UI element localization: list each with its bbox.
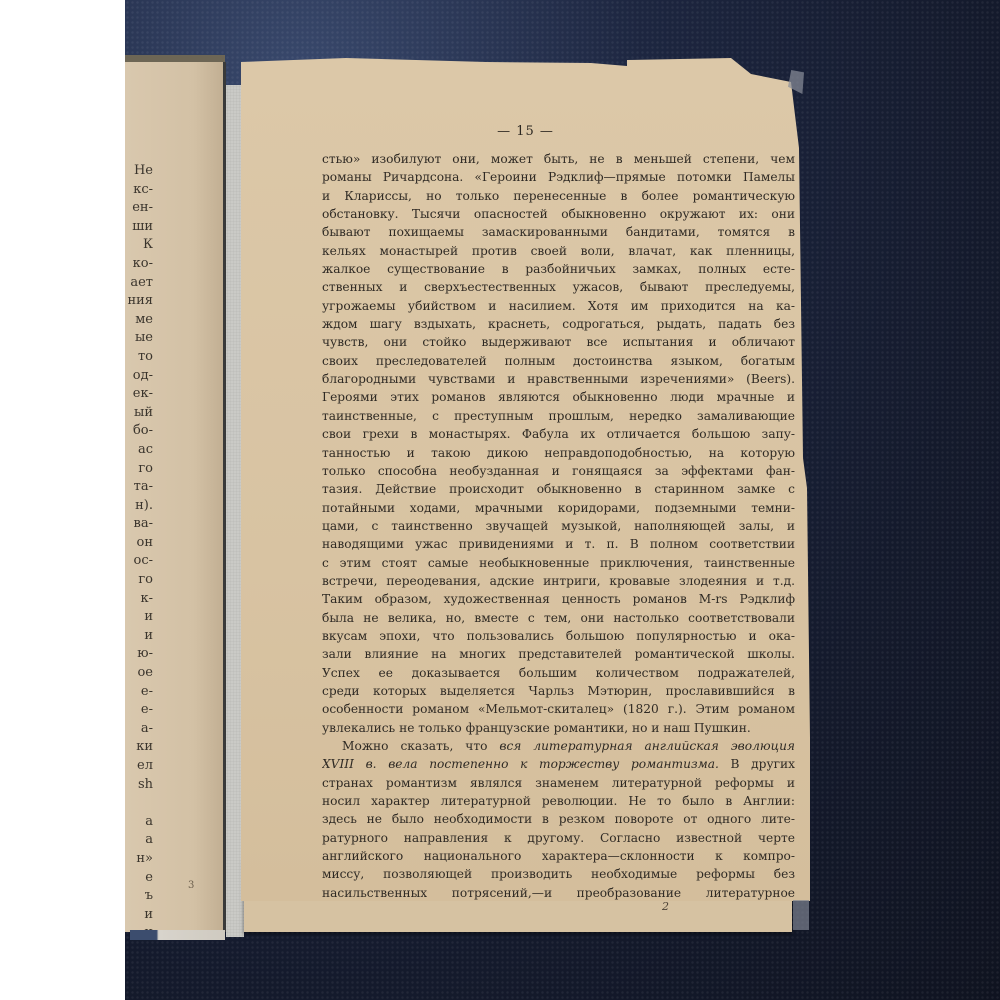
left-page-line-fragment: ас bbox=[125, 441, 153, 460]
text-line: благородными чувствами и нравственными и… bbox=[322, 370, 795, 388]
text-line: таинственные, с преступным прошлым, нере… bbox=[322, 407, 795, 425]
text-line: романы Ричардсона. «Героини Рэдклиф—прям… bbox=[322, 168, 795, 186]
text-line: кельях монастырей против своей воли, вла… bbox=[322, 242, 795, 260]
text-line: XVIII в. вела постепенно к торжеству ром… bbox=[322, 755, 795, 773]
text-line: наводящими ужас привидениями и т. п. В п… bbox=[322, 535, 795, 553]
text-line: насильственных потрясений,—и преобразова… bbox=[322, 884, 795, 902]
left-page-line-fragment: а bbox=[125, 813, 153, 832]
text-line: особенности романом «Мельмот-скиталец» (… bbox=[322, 700, 795, 718]
left-page-line-fragment: е- bbox=[125, 701, 153, 720]
left-page-line-fragment: од- bbox=[125, 367, 153, 386]
signature-mark: 2 bbox=[662, 900, 669, 913]
text-line: зали влияние на многих представителей ро… bbox=[322, 645, 795, 663]
left-page-line-fragment: ю- bbox=[125, 645, 153, 664]
text-line: носил характер литературной революции. Н… bbox=[322, 792, 795, 810]
binding-fray bbox=[793, 900, 809, 930]
text-line: угрожаемы убийством и насилием. Хотя им … bbox=[322, 297, 795, 315]
left-page-line-fragment: ко- bbox=[125, 255, 153, 274]
text-line: Таким образом, художественная ценность р… bbox=[322, 590, 795, 608]
text-line: ждом шагу вздыхать, краснеть, содрогатьс… bbox=[322, 315, 795, 333]
text-line: танностью и такою дикою неправдоподобнос… bbox=[322, 444, 795, 462]
left-page-text-fragments: Некс-ен-шиКко-аетниямеыетоод-ек-ыйбо-асг… bbox=[125, 162, 153, 932]
left-page-line-fragment: а- bbox=[125, 720, 153, 739]
text-line: с этим стоят самые необыкновенные приклю… bbox=[322, 554, 795, 572]
text-run: Можно сказать, что bbox=[342, 739, 499, 753]
left-page-line-fragment: е- bbox=[125, 683, 153, 702]
left-page-line-fragment bbox=[125, 794, 153, 813]
left-page-line-fragment: и bbox=[125, 627, 153, 646]
left-page-line-fragment: та- bbox=[125, 478, 153, 497]
left-page-signature-mark: 3 bbox=[188, 880, 194, 891]
text-line: только способна необузданная и гонящаяся… bbox=[322, 462, 795, 480]
text-line: английского национального характера—скло… bbox=[322, 847, 795, 865]
left-page-line-fragment: бо- bbox=[125, 422, 153, 441]
left-page-line-fragment: ое bbox=[125, 664, 153, 683]
left-page-line-fragment: ает bbox=[125, 274, 153, 293]
left-page-line-fragment: Не bbox=[125, 162, 153, 181]
text-line: странах романтизм являлся знаменем литер… bbox=[322, 774, 795, 792]
text-line: бывают похищаемы замаскированными бандит… bbox=[322, 223, 795, 241]
left-page-line-fragment: ен- bbox=[125, 199, 153, 218]
left-page-line-fragment: кс- bbox=[125, 181, 153, 200]
text-line: Героями этих романов являются обыкновенн… bbox=[322, 388, 795, 406]
emphasized-text: XVIII в. вела постепенно к торжеству ром… bbox=[322, 757, 719, 771]
left-page-line-fragment: ый bbox=[125, 404, 153, 423]
text-line: миссу, позволяющей производить необходим… bbox=[322, 865, 795, 883]
text-line: и Клариссы, но только перенесенные в бол… bbox=[322, 187, 795, 205]
left-page-line-fragment: ые bbox=[125, 329, 153, 348]
left-page-line-fragment: н). bbox=[125, 497, 153, 516]
text-line: вкусам эпохи, что пользовались большою п… bbox=[322, 627, 795, 645]
left-page: Некс-ен-шиКко-аетниямеыетоод-ек-ыйбо-асг… bbox=[125, 62, 226, 932]
left-page-line-fragment: sh bbox=[125, 776, 153, 795]
text-line: цами, с таинственно звучащей музыкой, на… bbox=[322, 517, 795, 535]
left-page-line-fragment: ме bbox=[125, 311, 153, 330]
right-page: — 15 — стью» изобилуют они, может быть, … bbox=[241, 58, 810, 901]
body-text: стью» изобилуют они, может быть, не в ме… bbox=[322, 150, 795, 975]
text-run: В других bbox=[719, 757, 795, 771]
text-line: встречи, переодевания, адские интриги, к… bbox=[322, 572, 795, 590]
text-line: чувств, они стойко выдерживают все испыт… bbox=[322, 333, 795, 351]
text-line: стью» изобилуют они, может быть, не в ме… bbox=[322, 150, 795, 168]
text-line: увлекались не только французские романти… bbox=[322, 719, 795, 737]
left-page-line-fragment: К bbox=[125, 236, 153, 255]
text-line: Успех ее доказывается большим количество… bbox=[322, 664, 795, 682]
text-line: своих преследователей полным достоинства… bbox=[322, 352, 795, 370]
text-line: была не велика, но, вместе с тем, они на… bbox=[322, 609, 795, 627]
text-line: здесь не было необходимости в резком пов… bbox=[322, 810, 795, 828]
text-line: потайными ходами, мрачными коридорами, п… bbox=[322, 499, 795, 517]
left-page-line-fragment: ва- bbox=[125, 515, 153, 534]
left-page-line-fragment: н» bbox=[125, 850, 153, 869]
left-page-line-fragment: к- bbox=[125, 590, 153, 609]
text-line: ственных и сверхъестественных ужасов, бы… bbox=[322, 278, 795, 296]
text-line: свои грехи в монастырях. Фабула их отлич… bbox=[322, 425, 795, 443]
text-line: ратурного направления к другому. Согласн… bbox=[322, 829, 795, 847]
page-number: — 15 — bbox=[241, 124, 810, 139]
left-page-line-fragment: и bbox=[125, 906, 153, 925]
left-page-line-fragment: е bbox=[125, 869, 153, 888]
left-page-line-fragment: ши bbox=[125, 218, 153, 237]
text-line: среди которых выделяется Чарльз Мэтюрин,… bbox=[322, 682, 795, 700]
left-page-line-fragment: го bbox=[125, 460, 153, 479]
left-page-line-fragment: ния bbox=[125, 292, 153, 311]
left-page-line-fragment: а bbox=[125, 831, 153, 850]
text-line: Можно сказать, что вся литературная англ… bbox=[322, 737, 795, 755]
left-page-line-fragment: ос- bbox=[125, 552, 153, 571]
left-page-line-fragment: ки bbox=[125, 738, 153, 757]
left-page-line-fragment: то bbox=[125, 348, 153, 367]
left-page-line-fragment: го bbox=[125, 571, 153, 590]
text-line: тазия. Действие происходит обыкновенно в… bbox=[322, 480, 795, 498]
bookmark-ribbon bbox=[130, 930, 225, 940]
text-line: жалкое существование в разбойничьих замк… bbox=[322, 260, 795, 278]
emphasized-text: вся литературная английская эволюция bbox=[499, 739, 795, 753]
left-page-line-fragment: ъ bbox=[125, 887, 153, 906]
left-page-line-fragment: и bbox=[125, 608, 153, 627]
left-page-line-fragment: ел bbox=[125, 757, 153, 776]
left-page-line-fragment: ек- bbox=[125, 385, 153, 404]
text-line: обстановку. Тысячи опасностей обыкновенн… bbox=[322, 205, 795, 223]
left-page-line-fragment: он bbox=[125, 534, 153, 553]
